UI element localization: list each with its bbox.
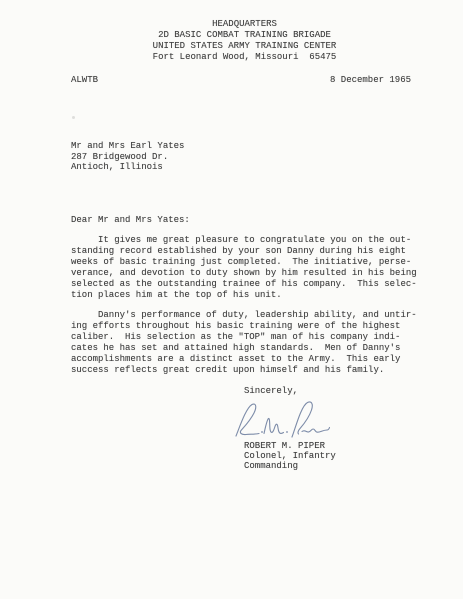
body-paragraph-1: It gives me great pleasure to congratula… [71, 235, 421, 300]
signature-block: ROBERT M. PIPER Colonel, Infantry Comman… [244, 441, 336, 472]
recipient-address: Mr and Mrs Earl Yates 287 Bridgewood Dr.… [71, 141, 184, 173]
signature-ink-strokes [231, 399, 335, 441]
signer-rank: Colonel, Infantry [244, 451, 336, 461]
letterhead-line-4: Fort Leonard Wood, Missouri 65475 [26, 52, 463, 63]
recipient-name: Mr and Mrs Earl Yates [71, 141, 184, 152]
signature-script [231, 399, 335, 441]
recipient-city: Antioch, Illinois [71, 162, 184, 173]
body-paragraph-2: Danny's performance of duty, leadership … [71, 310, 421, 375]
closing-phrase: Sincerely, [244, 386, 298, 397]
signer-role: Commanding [244, 461, 336, 471]
date-line: 8 December 1965 [330, 75, 411, 86]
scan-artifact-dot [72, 116, 75, 119]
letterhead-line-1: HEADQUARTERS [26, 19, 463, 30]
signer-name: ROBERT M. PIPER [244, 441, 336, 451]
letter-page: HEADQUARTERS 2D BASIC COMBAT TRAINING BR… [0, 0, 463, 599]
salutation: Dear Mr and Mrs Yates: [71, 215, 190, 226]
reference-code: ALWTB [71, 75, 98, 86]
letterhead-line-2: 2D BASIC COMBAT TRAINING BRIGADE [26, 30, 463, 41]
letterhead: HEADQUARTERS 2D BASIC COMBAT TRAINING BR… [0, 19, 463, 63]
recipient-street: 287 Bridgewood Dr. [71, 152, 184, 163]
letterhead-line-3: UNITED STATES ARMY TRAINING CENTER [26, 41, 463, 52]
